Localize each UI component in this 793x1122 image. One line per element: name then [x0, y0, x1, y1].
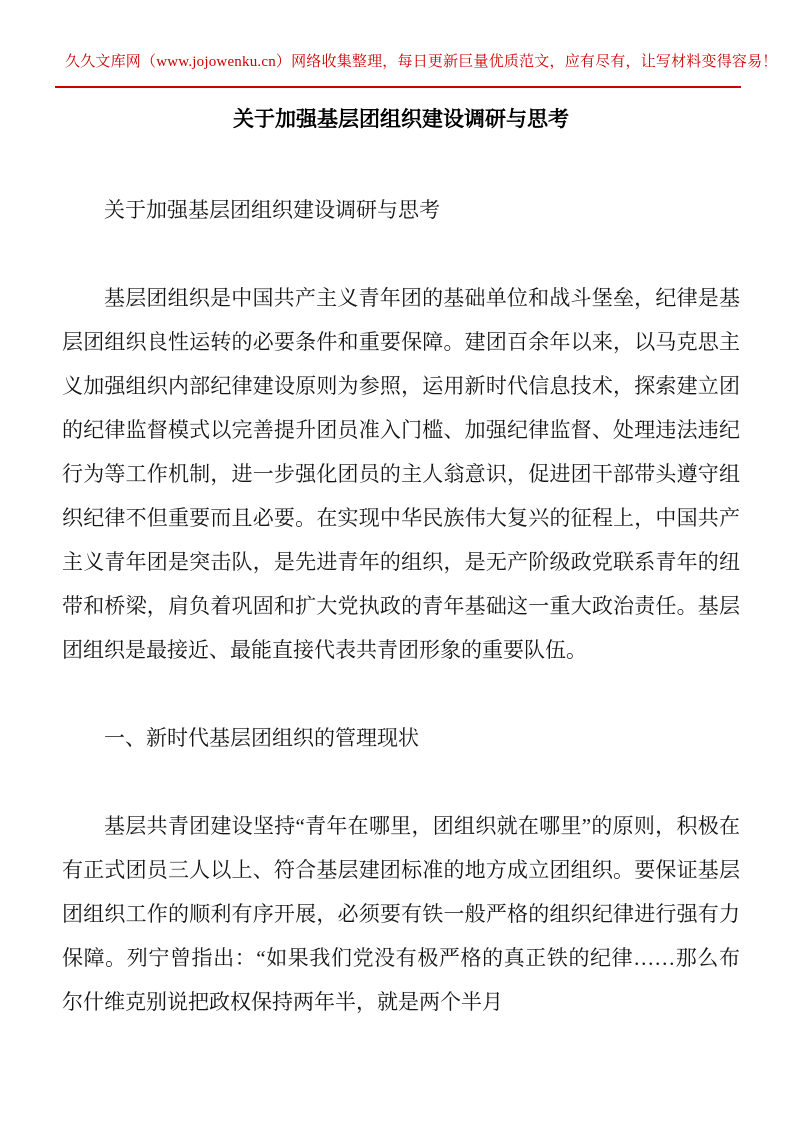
site-watermark-text: 久久文库网（www.jojowenku.cn）网络收集整理，每日更新巨量优质范文… [55, 52, 741, 73]
body-paragraph-1: 基层团组织是中国共产主义青年团的基础单位和战斗堡垒，纪律是基层团组织良性运转的必… [62, 276, 740, 672]
document-title: 关于加强基层团组织建设调研与思考 [62, 104, 740, 136]
site-watermark-banner: 久久文库网（www.jojowenku.cn）网络收集整理，每日更新巨量优质范文… [55, 0, 741, 88]
document-body: 关于加强基层团组织建设调研与思考 关于加强基层团组织建设调研与思考 基层团组织是… [62, 104, 740, 1024]
document-page: 久久文库网（www.jojowenku.cn）网络收集整理，每日更新巨量优质范文… [0, 0, 793, 1122]
body-paragraph-2: 基层共青团建设坚持“青年在哪里，团组织就在哪里”的原则，积极在有正式团员三人以上… [62, 804, 740, 1024]
section-heading-1: 一、新时代基层团组织的管理现状 [62, 716, 740, 760]
document-subtitle: 关于加强基层团组织建设调研与思考 [62, 188, 740, 232]
